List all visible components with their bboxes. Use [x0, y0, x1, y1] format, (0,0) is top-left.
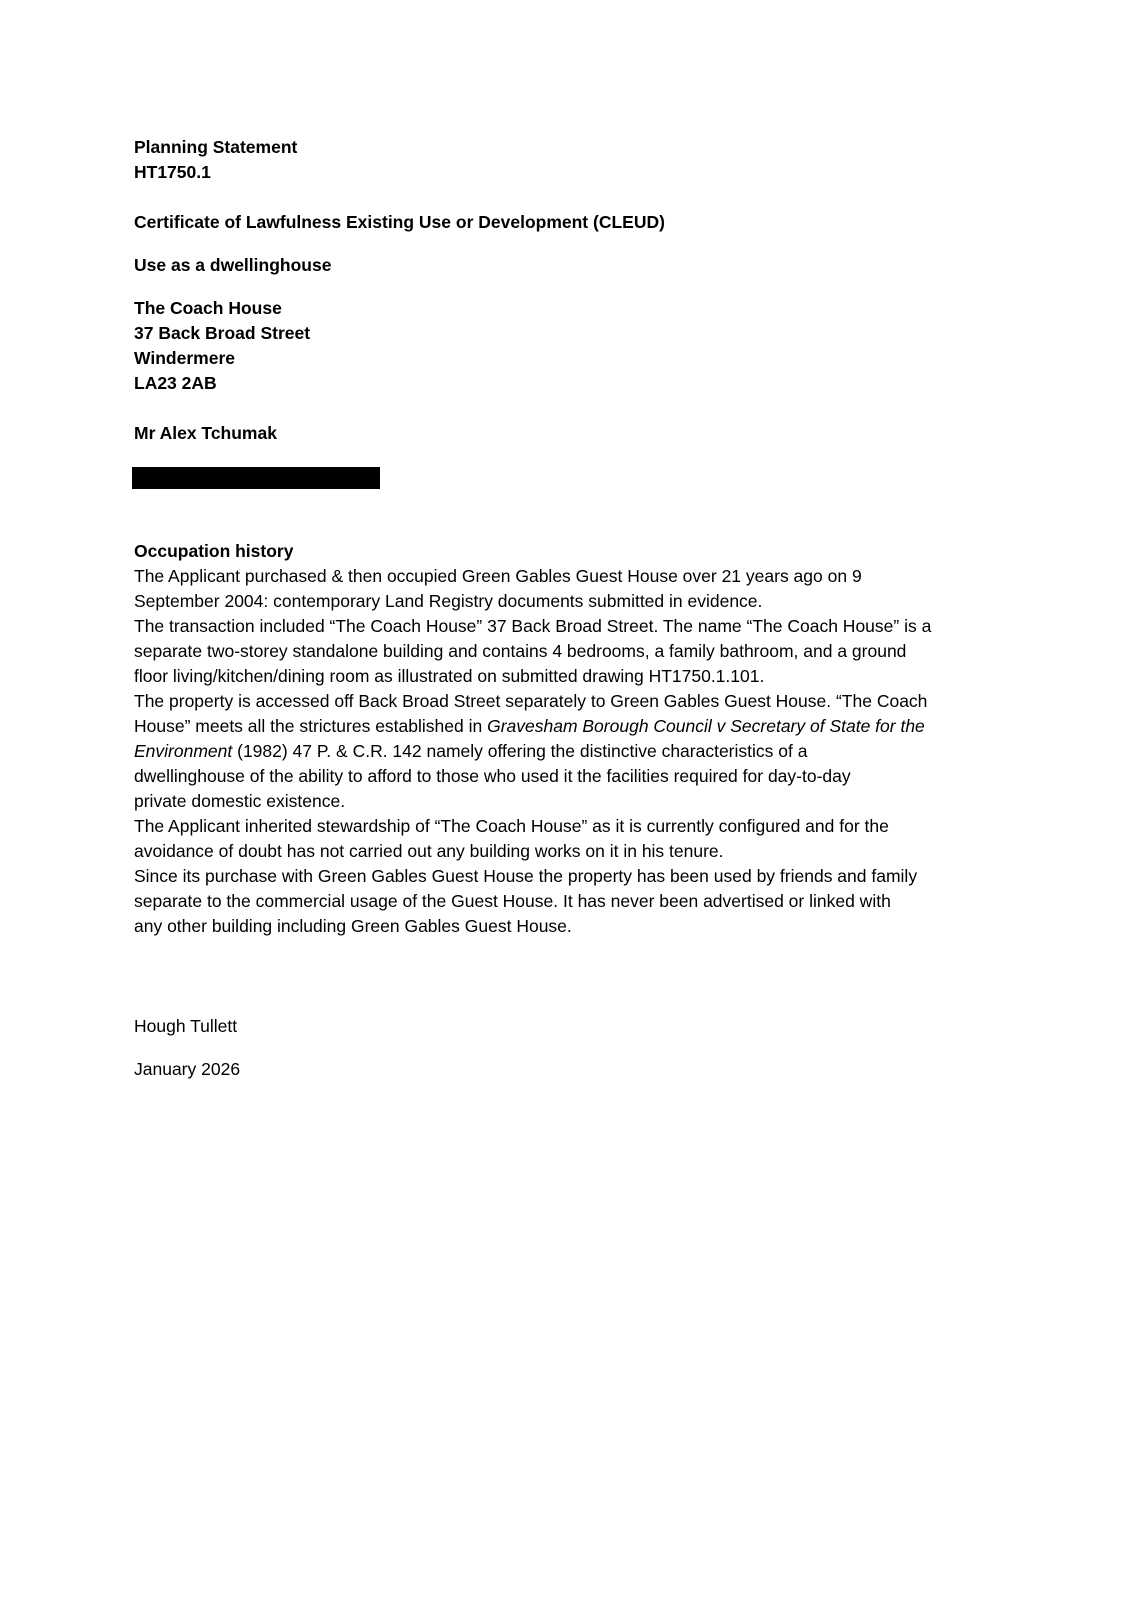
body-text-run: House” meets all the strictures establis… — [134, 716, 487, 736]
body-text-run: avoidance of doubt has not carried out a… — [134, 841, 724, 861]
body-text-run: The property is accessed off Back Broad … — [134, 691, 927, 711]
body-text-run: dwellinghouse of the ability to afford t… — [134, 766, 851, 786]
body-line: The Applicant inherited stewardship of “… — [134, 814, 931, 839]
body-line: dwellinghouse of the ability to afford t… — [134, 764, 931, 789]
body-text-run: The Applicant inherited stewardship of “… — [134, 816, 889, 836]
body-line: avoidance of doubt has not carried out a… — [134, 839, 931, 864]
signature-date: January 2026 — [134, 1057, 240, 1082]
body-line: private domestic existence. — [134, 789, 931, 814]
body-line: The property is accessed off Back Broad … — [134, 689, 931, 714]
body-line: The transaction included “The Coach Hous… — [134, 614, 931, 639]
body-text-run: The Applicant purchased & then occupied … — [134, 566, 862, 586]
section-heading: Occupation history — [134, 539, 293, 564]
address-block: The Coach House 37 Back Broad Street Win… — [134, 296, 310, 396]
applicant-name: Mr Alex Tchumak — [134, 421, 277, 446]
body-text-run: September 2004: contemporary Land Regist… — [134, 591, 762, 611]
body-text-run: floor living/kitchen/dining room as illu… — [134, 666, 764, 686]
use-heading: Use as a dwellinghouse — [134, 253, 331, 278]
body-line: any other building including Green Gable… — [134, 914, 931, 939]
body-line: Environment (1982) 47 P. & C.R. 142 name… — [134, 739, 931, 764]
occupation-history-text: The Applicant purchased & then occupied … — [134, 564, 931, 939]
redaction-bar — [132, 467, 380, 489]
document-title: Planning Statement — [134, 135, 297, 160]
body-text-run: separate two-storey standalone building … — [134, 641, 906, 661]
body-line: separate to the commercial usage of the … — [134, 889, 931, 914]
address-line: LA23 2AB — [134, 371, 310, 396]
body-text-run: any other building including Green Gable… — [134, 916, 572, 936]
case-citation: Gravesham Borough Council v Secretary of… — [487, 716, 925, 736]
document-title-block: Planning Statement HT1750.1 — [134, 135, 297, 185]
address-line: 37 Back Broad Street — [134, 321, 310, 346]
body-text-run: (1982) 47 P. & C.R. 142 namely offering … — [232, 741, 807, 761]
body-line: separate two-storey standalone building … — [134, 639, 931, 664]
address-line: Windermere — [134, 346, 310, 371]
body-text-run: The transaction included “The Coach Hous… — [134, 616, 931, 636]
body-text-run: private domestic existence. — [134, 791, 345, 811]
body-line: The Applicant purchased & then occupied … — [134, 564, 931, 589]
address-line: The Coach House — [134, 296, 310, 321]
body-line: floor living/kitchen/dining room as illu… — [134, 664, 931, 689]
signature-author: Hough Tullett — [134, 1014, 237, 1039]
body-text-run: separate to the commercial usage of the … — [134, 891, 891, 911]
body-line: September 2004: contemporary Land Regist… — [134, 589, 931, 614]
body-text-run: Since its purchase with Green Gables Gue… — [134, 866, 917, 886]
body-line: House” meets all the strictures establis… — [134, 714, 931, 739]
document-page: Planning Statement HT1750.1 Certificate … — [0, 0, 1131, 1600]
case-citation: Environment — [134, 741, 232, 761]
certificate-heading: Certificate of Lawfulness Existing Use o… — [134, 210, 665, 235]
document-reference: HT1750.1 — [134, 160, 297, 185]
body-line: Since its purchase with Green Gables Gue… — [134, 864, 931, 889]
